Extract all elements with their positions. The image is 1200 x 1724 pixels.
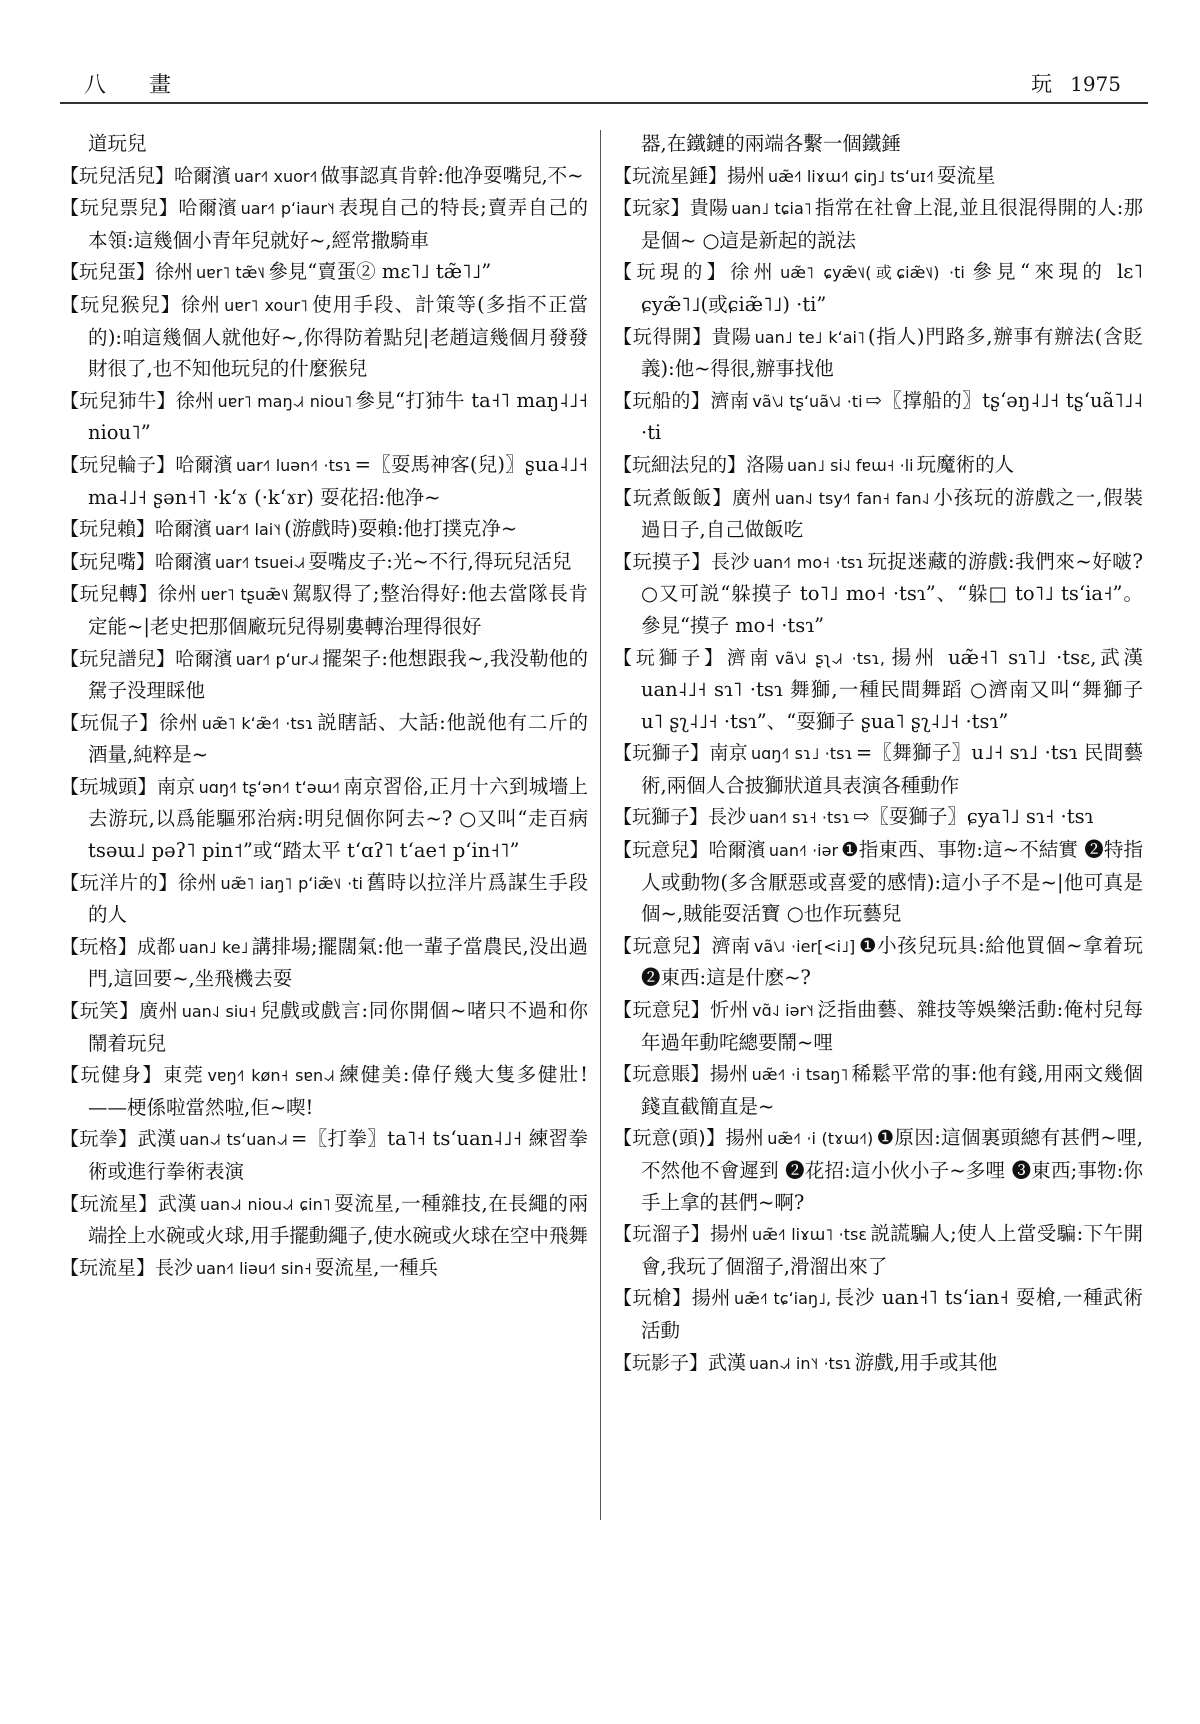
dictionary-entry: 【玩意賬】揚州uæ̃˧˥ ·i tsaŋ˥稀鬆平常的事:他有錢,用兩文幾個錢直截… (613, 1058, 1143, 1122)
pronunciation: uan˨˩ tsy˧˥ fan˧ fan˨˩ (775, 489, 930, 508)
dictionary-entry: 【玩意兒】濟南vã˥˩˨ ·ier[<i˩]❶小孩兒玩具:給他買個~拿着玩 ❷東… (613, 930, 1143, 994)
dictionary-entry: 【玩獅子】南京uɑŋ˧˥ sɿ˩ ·tsɿ=〖舞獅子〗u˩˧ sɿ˩ ·tsɿ … (613, 737, 1143, 801)
head-character: 玩 (1031, 72, 1052, 96)
headword: 【玩獅子】 (613, 647, 727, 669)
headword: 【玩兒輪子】 (60, 454, 175, 476)
pronunciation: vɑ̃˨˩ iər˥˧ (752, 1001, 814, 1020)
dialect-location: 東莞 (163, 1064, 204, 1086)
pronunciation: uæ̃˥ ɕyæ̃˥˩(或ɕiæ̃˥˩) ·ti (780, 263, 965, 282)
headword: 【玩意兒】 (613, 999, 710, 1021)
headword: 【玩兒譜兒】 (60, 648, 175, 670)
headword: 【玩兒票兒】 (60, 197, 178, 219)
dialect-location: 揚州 (727, 165, 765, 187)
pronunciation: uæ̃˧˥ ·i tsaŋ˥ (752, 1065, 849, 1084)
dictionary-entry: 【玩意兒】忻州vɑ̃˨˩ iər˥˧泛指曲藝、雜技等娛樂活動:俺村兒每年過年動咤… (613, 994, 1143, 1058)
dictionary-entry: 【玩格】成都uan˩ ke˩講排場;擺闊氣:他一輩子當農民,没出過門,這回要~,… (60, 931, 588, 995)
pronunciation: uæ̃˧˥ liɤɯ˧˥ ɕiŋ˩ tsʻuɪ˧˥ (768, 167, 934, 186)
dialect-location: 揚州 (725, 1127, 764, 1149)
dictionary-entry: 【玩摸子】長沙uan˧˥ mo˧ ·tsɿ玩捉迷藏的游戲:我們來~好啵? ○又可… (613, 546, 1143, 642)
dialect-location: 揚州 (710, 1223, 749, 1245)
dictionary-entry: 【玩現的】徐州uæ̃˥ ɕyæ̃˥˩(或ɕiæ̃˥˩) ·ti參見“來現的 lɛ… (613, 256, 1143, 320)
headword: 【玩兒賴】 (60, 518, 155, 540)
pronunciation: uar˧˥ lai˥˧ (215, 520, 281, 539)
dialect-location: 哈爾濱 (174, 165, 231, 187)
dictionary-entry: 【玩侃子】徐州uæ̃˥ kʻæ̃˧˥ ·tsɿ説瞎話、大話:他説他有二斤的酒量,… (60, 707, 588, 771)
running-head: 玩1975 (1031, 68, 1121, 98)
pronunciation: uan˨˩˧ niou˨˩˧ ɕin˥ (200, 1195, 331, 1214)
dialect-location: 濟南 (727, 647, 772, 669)
dictionary-entry: 【玩兒票兒】哈爾濱uar˧˥ pʻiaur˥˧表現自己的特長;賣弄自己的本領:這… (60, 192, 588, 256)
pronunciation: uan˨˩˧ in˥˧ ·tsɿ (749, 1354, 852, 1373)
dialect-location: 濟南 (710, 390, 749, 412)
headword: 【玩家】 (613, 197, 690, 219)
dictionary-entry: 【玩流星】武漢uan˨˩˧ niou˨˩˧ ɕin˥耍流星,一種雜技,在長繩的兩… (60, 1188, 588, 1252)
dialect-location: 徐州 (730, 261, 777, 283)
dictionary-entry: 【玩煮飯飯】廣州uan˨˩ tsy˧˥ fan˧ fan˨˩小孩玩的游戲之一,假… (613, 482, 1143, 546)
dictionary-entry: 【玩船的】濟南vã˥˩˨ tʂʻuã˥˩˨ ·ti⇨〖撑船的〗tʂʻəŋ˨˩˧ … (613, 385, 1143, 449)
dictionary-entry: 【玩流星錘】揚州uæ̃˧˥ liɤɯ˧˥ ɕiŋ˩ tsʻuɪ˧˥耍流星 (613, 160, 1143, 193)
dialect-location: 武漢 (708, 1352, 746, 1374)
headword: 【玩兒轉】 (60, 583, 158, 605)
headword: 【玩意賬】 (613, 1063, 710, 1085)
pronunciation: uæ̃˥ iaŋ˥ pʻiæ̃˥˩ ·ti (221, 874, 363, 893)
dictionary-entry: 【玩兒犻牛】徐州uɐr˥ maŋ˨˩˧ niou˥參見“打犻牛 ta˧˥ maŋ… (60, 385, 588, 449)
pronunciation: uɐr˥ tʂuæ̃˥˩ (200, 585, 288, 604)
dictionary-entry: 【玩意兒】哈爾濱uan˧˥ ·iər❶指東西、事物:這~不結實 ❷特指人或動物(… (613, 834, 1143, 930)
headword: 【玩意兒】 (613, 839, 709, 861)
dialect-location: 徐州 (155, 261, 193, 283)
headword: 【玩意兒】 (613, 935, 711, 957)
pronunciation: uɐr˥ tæ̃˥˩ (196, 263, 265, 282)
dictionary-entry: 【玩兒譜兒】哈爾濱uar˧˥ pʻur˨˩˧擺架子:他想跟我~,我没勒他的駌子没… (60, 643, 588, 707)
dictionary-entry: 【玩兒轉】徐州uɐr˥ tʂuæ̃˥˩駕馭得了;整治得好:他去當隊長肯定能~|老… (60, 578, 588, 642)
pronunciation: vã˥˩˨ tʂʻuã˥˩˨ ·ti (752, 392, 862, 411)
entry-continuation: 道玩兒 (60, 128, 588, 160)
dialect-location: 洛陽 (746, 454, 784, 476)
pronunciation: vɐŋ˧˥ køn˧ sɐn˨˩˧ (207, 1066, 334, 1085)
dictionary-entry: 【玩流星】長沙uan˧˥ liəu˧˥ sin˧耍流星,一種兵 (60, 1252, 588, 1285)
pronunciation: uan˨˩˧ tsʻuan˨˩˧ (179, 1130, 288, 1149)
headword: 【玩侃子】 (60, 712, 159, 734)
dialect-location: 忻州 (710, 999, 749, 1021)
headword: 【玩煮飯飯】 (613, 487, 732, 509)
dialect-location: 廣州 (732, 487, 772, 509)
pronunciation: uan˧˥ liəu˧˥ sin˧ (196, 1259, 312, 1278)
dialect-location: 長沙 (155, 1257, 193, 1279)
pronunciation: uɑŋ˧˥ tʂʻən˧˥ tʻəɯ˧˥ (199, 778, 340, 797)
headword: 【玩兒蛋】 (60, 261, 155, 283)
dictionary-entry: 【玩獅子】長沙uan˧˥ sɿ˧ ·tsɿ⇨〖耍獅子〗ɕya˥˩ sɿ˧ ·ts… (613, 801, 1143, 834)
page-header: 八 畫 玩1975 (60, 60, 1145, 94)
dialect-location: 徐州 (181, 294, 221, 316)
headword: 【玩溜子】 (613, 1223, 710, 1245)
dialect-location: 徐州 (176, 390, 215, 412)
headword: 【玩得開】 (613, 326, 712, 348)
headword: 【玩流星】 (60, 1193, 158, 1215)
pronunciation: vã˥˩˨ ʂʅ˨˩˧ ·tsɿ, (775, 649, 885, 668)
section-label: 八 畫 (84, 68, 189, 99)
headword: 【玩細法兒的】 (613, 454, 746, 476)
headword: 【玩拳】 (60, 1128, 138, 1150)
headword: 【玩兒嘴】 (60, 551, 155, 573)
pronunciation: uɑŋ˧˥ sɿ˩ ·tsɿ (751, 744, 853, 763)
definition: 游戲,用手或其他 (855, 1351, 998, 1374)
dialect-location: 長沙 (708, 806, 746, 828)
right-column: 器,在鐵鏈的兩端各繫一個鐵錘【玩流星錘】揚州uæ̃˧˥ liɤɯ˧˥ ɕiŋ˩ … (613, 128, 1143, 1379)
pronunciation: uæ̃˧˥ ·i (tɤɯ˧˥) (767, 1129, 873, 1148)
dialect-location: 成都 (137, 936, 176, 958)
continuation-text: 器,在鐵鏈的兩端各繫一個鐵錘 (641, 132, 901, 155)
pronunciation: uan˩ te˩ kʻai˥ (755, 328, 865, 347)
pronunciation: uan˩ tɕia˥ (731, 199, 811, 218)
pronunciation: uar˧˥ pʻiaur˥˧ (241, 199, 335, 218)
dialect-location: 哈爾濱 (155, 518, 212, 540)
headword: 【玩健身】 (60, 1064, 163, 1086)
dictionary-entry: 【玩健身】東莞vɐŋ˧˥ køn˧ sɐn˨˩˧練健美:偉仔幾大隻多健壯! ——… (60, 1059, 588, 1123)
definition: ⇨〖耍獅子〗ɕya˥˩ sɿ˧ ·tsɿ (853, 805, 1093, 828)
dialect-location: 長沙 (711, 551, 750, 573)
pronunciation: uan˧˥ sɿ˧ ·tsɿ (749, 808, 850, 827)
pronunciation: vã˥˩˨ ·ier[<i˩] (754, 937, 855, 956)
definition: 耍流星,一種兵 (315, 1256, 438, 1279)
definition: 參見“賣蛋② mɛ˥˩ tæ̃˥˩” (268, 260, 491, 283)
headword: 【玩獅子】 (613, 742, 709, 764)
dialect-location: 徐州 (178, 872, 217, 894)
dialect-location: 貴陽 (712, 326, 752, 348)
dictionary-entry: 【玩兒輪子】哈爾濱uar˧˥ luən˧˥ ·tsɿ=〖耍馬神客(兒)〗ʂua˨… (60, 449, 588, 513)
dictionary-entry: 【玩溜子】揚州uæ̃˧˥ liɤɯ˥ ·tsɛ説謊騙人;使人上當受騙:下午開會,… (613, 1218, 1143, 1282)
headword: 【玩現的】 (613, 261, 730, 283)
dialect-location: 哈爾濱 (175, 648, 233, 670)
column-divider (600, 130, 601, 1520)
dialect-location: 廣州 (139, 1000, 179, 1022)
headword: 【玩槍】 (613, 1287, 692, 1309)
headword: 【玩兒活兒】 (60, 165, 174, 187)
pronunciation: uar˧˥ tsuei˨˩˧ (215, 553, 305, 572)
page-number: 1975 (1070, 72, 1121, 96)
headword: 【玩兒犻牛】 (60, 390, 176, 412)
dialect-location: 濟南 (711, 935, 750, 957)
dialect-location: 徐州 (159, 712, 199, 734)
pronunciation: uɐr˥ xour˥ (224, 296, 308, 315)
pronunciation: uar˧˥ xuor˧˥ (234, 167, 317, 186)
headword: 【玩影子】 (613, 1352, 708, 1374)
headword: 【玩流星】 (60, 1257, 155, 1279)
pronunciation: uɐr˥ maŋ˨˩˧ niou˥ (217, 392, 352, 411)
dictionary-entry: 【玩兒活兒】哈爾濱uar˧˥ xuor˧˥做事認真肯幹:他净耍嘴兒,不~ (60, 160, 588, 193)
headword: 【玩流星錘】 (613, 165, 727, 187)
dialect-location: 揚州 (710, 1063, 749, 1085)
headword: 【玩船的】 (613, 390, 710, 412)
dictionary-entry: 【玩獅子】濟南vã˥˩˨ ʂʅ˨˩˧ ·tsɿ,揚州 uæ̃˧˥ sɿ˥˩ ·t… (613, 642, 1143, 738)
continuation-text: 道玩兒 (88, 132, 147, 155)
dictionary-entry: 【玩拳】武漢uan˨˩˧ tsʻuan˨˩˧=〖打拳〗ta˥˧ tsʻuan˨˩… (60, 1123, 588, 1187)
dialect-location: 南京 (709, 742, 748, 764)
header-rule (60, 102, 1148, 104)
dictionary-entry: 【玩城頭】南京uɑŋ˧˥ tʂʻən˧˥ tʻəɯ˧˥南京習俗,正月十六到城墻上… (60, 771, 588, 867)
pronunciation: uan˩ ke˩ (179, 938, 249, 957)
dialect-location: 武漢 (138, 1128, 177, 1150)
headword: 【玩兒猴兒】 (60, 294, 181, 316)
dialect-location: 南京 (157, 776, 196, 798)
dialect-location: 徐州 (158, 583, 197, 605)
pronunciation: uar˧˥ luən˧˥ ·tsɿ (236, 456, 352, 475)
definition: 玩魔術的人 (917, 453, 1015, 476)
headword: 【玩格】 (60, 936, 137, 958)
pronunciation: uæ̃˧˥ tɕʻiaŋ˩, (734, 1289, 831, 1308)
headword: 【玩笑】 (60, 1000, 139, 1022)
definition: 耍嘴皮子:光~不行,得玩兒活兒 (308, 550, 571, 573)
pronunciation: uar˧˥ pʻur˨˩˧ (236, 650, 319, 669)
dictionary-entry: 【玩兒蛋】徐州uɐr˥ tæ̃˥˩參見“賣蛋② mɛ˥˩ tæ̃˥˩” (60, 256, 588, 289)
dialect-location: 哈爾濱 (709, 839, 766, 861)
headword: 【玩意(頭)】 (613, 1127, 725, 1149)
dialect-location: 哈爾濱 (175, 454, 233, 476)
dictionary-entry: 【玩槍】揚州uæ̃˧˥ tɕʻiaŋ˩,長沙 uan˧˥ tsʻian˧ 耍槍,… (613, 1282, 1143, 1346)
pronunciation: uan˩ si˨˩ fɐɯ˧ ·li (787, 456, 914, 475)
pronunciation: uæ̃˧˥ liɤɯ˥ ·tsɛ (752, 1225, 867, 1244)
dialect-location: 貴陽 (690, 197, 728, 219)
left-column: 道玩兒【玩兒活兒】哈爾濱uar˧˥ xuor˧˥做事認真肯幹:他净耍嘴兒,不~【… (60, 128, 588, 1284)
headword: 【玩城頭】 (60, 776, 157, 798)
pronunciation: uæ̃˥ kʻæ̃˧˥ ·tsɿ (202, 714, 314, 733)
dictionary-entry: 【玩家】貴陽uan˩ tɕia˥指常在社會上混,並且很混得開的人:那是個~ ○這… (613, 192, 1143, 256)
dictionary-entry: 【玩兒賴】哈爾濱uar˧˥ lai˥˧(游戲時)耍賴:他打撲克净~ (60, 513, 588, 546)
dictionary-entry: 【玩得開】貴陽uan˩ te˩ kʻai˥(指人)門路多,辦事有辦法(含貶義):… (613, 321, 1143, 385)
headword: 【玩獅子】 (613, 806, 708, 828)
dictionary-entry: 【玩意(頭)】揚州uæ̃˧˥ ·i (tɤɯ˧˥)❶原因:這個裏頭總有甚們~哩,… (613, 1122, 1143, 1218)
pronunciation: uan˧˥ ·iər (769, 841, 838, 860)
dialect-location: 揚州 (692, 1287, 731, 1309)
dialect-location: 哈爾濱 (155, 551, 212, 573)
dictionary-entry: 【玩兒猴兒】徐州uɐr˥ xour˥使用手段、計策等(多指不正當的):咱這幾個人… (60, 289, 588, 385)
dictionary-entry: 【玩洋片的】徐州uæ̃˥ iaŋ˥ pʻiæ̃˥˩ ·ti舊時以拉洋片爲謀生手段… (60, 867, 588, 931)
dictionary-entry: 【玩影子】武漢uan˨˩˧ in˥˧ ·tsɿ游戲,用手或其他 (613, 1347, 1143, 1380)
headword: 【玩摸子】 (613, 551, 711, 573)
pronunciation: uan˨˩ siu˧ (182, 1002, 257, 1021)
dictionary-entry: 【玩細法兒的】洛陽uan˩ si˨˩ fɐɯ˧ ·li玩魔術的人 (613, 449, 1143, 482)
headword: 【玩洋片的】 (60, 872, 178, 894)
entry-continuation: 器,在鐵鏈的兩端各繫一個鐵錘 (613, 128, 1143, 160)
definition: 做事認真肯幹:他净耍嘴兒,不~ (320, 164, 583, 187)
definition: 耍流星 (937, 164, 996, 187)
dictionary-entry: 【玩笑】廣州uan˨˩ siu˧兒戲或戲言:同你開個~啫只不過和你鬧着玩兒 (60, 995, 588, 1059)
dictionary-entry: 【玩兒嘴】哈爾濱uar˧˥ tsuei˨˩˧耍嘴皮子:光~不行,得玩兒活兒 (60, 546, 588, 579)
dialect-location: 武漢 (158, 1193, 197, 1215)
pronunciation: uan˧˥ mo˧ ·tsɿ (753, 553, 864, 572)
definition: (游戲時)耍賴:他打撲克净~ (284, 517, 517, 540)
dialect-location: 哈爾濱 (178, 197, 237, 219)
